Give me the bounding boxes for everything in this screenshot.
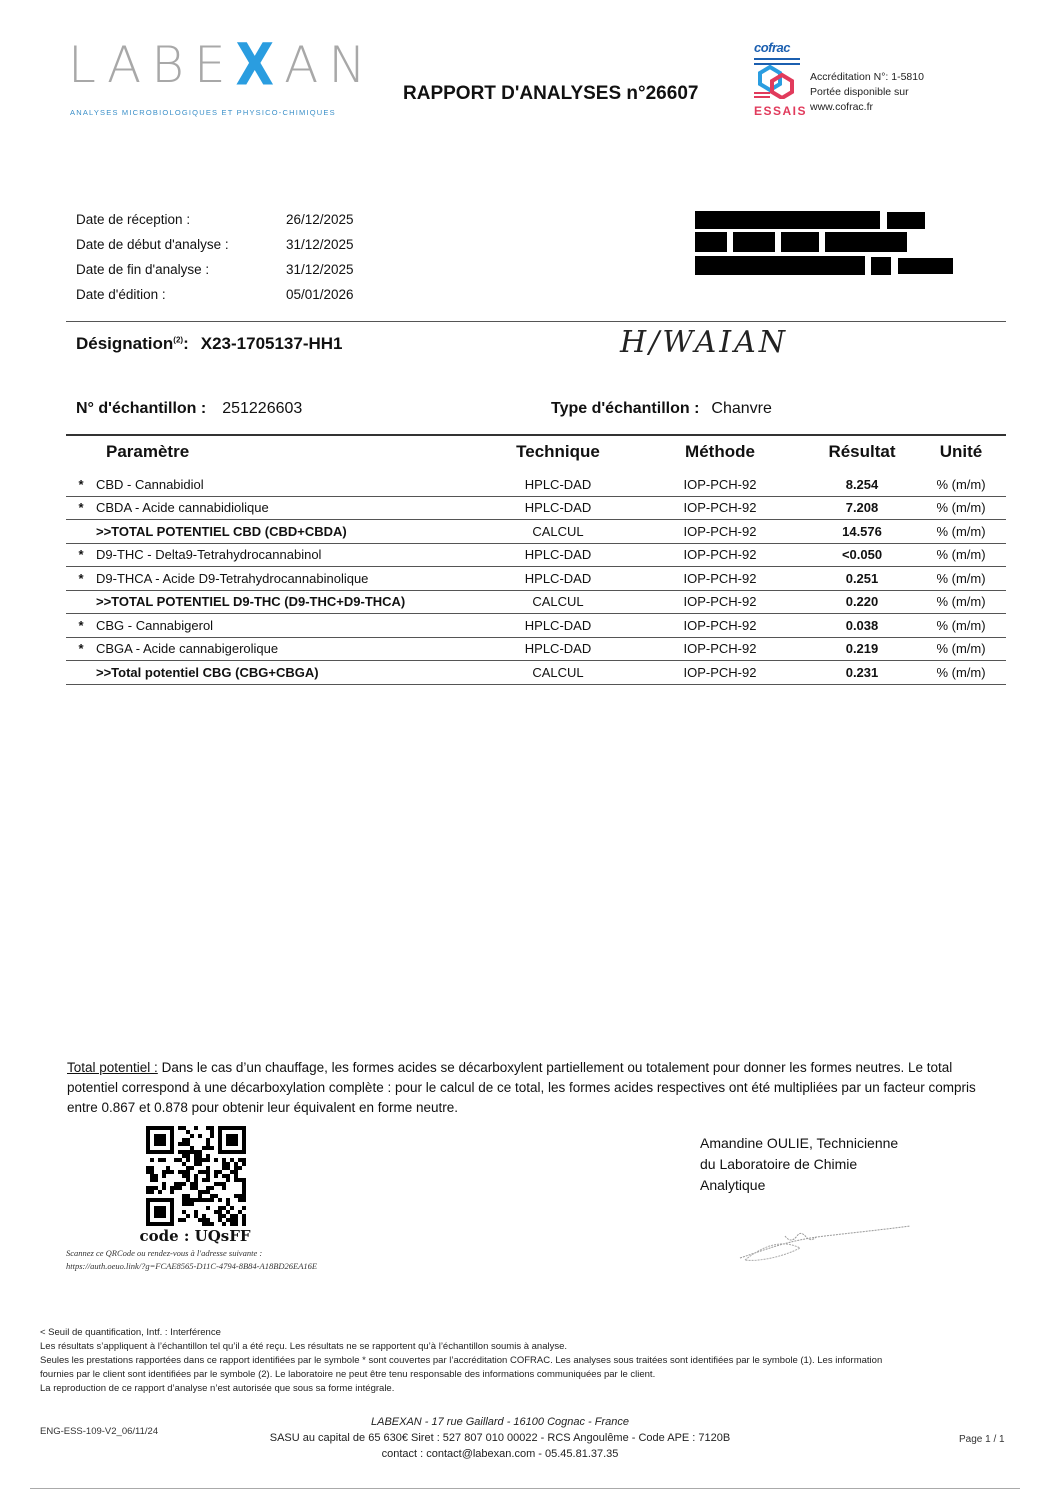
unit-cell: % (m/m) bbox=[916, 614, 1006, 638]
unit-cell: % (m/m) bbox=[916, 520, 1006, 544]
parameter-cell: CBDA - Acide cannabidiolique bbox=[96, 496, 484, 520]
signature-icon bbox=[730, 1218, 920, 1268]
cofrac-hexagon-icon bbox=[754, 55, 800, 99]
redaction-bar bbox=[695, 211, 880, 229]
designation-label: Désignation bbox=[76, 334, 173, 353]
accreditation-star-icon: * bbox=[66, 614, 96, 638]
legal-line: fournies par le client sont identifiées … bbox=[40, 1368, 1050, 1382]
legal-line: La reproduction de ce rapport d’analyse … bbox=[40, 1382, 1050, 1396]
qr-instructions: Scannez ce QRCode ou rendez-vous à l'adr… bbox=[66, 1247, 317, 1273]
unit-cell: % (m/m) bbox=[916, 473, 1006, 496]
cofrac-wordmark: cofrac bbox=[754, 40, 800, 55]
parameter-cell: >>Total potentiel CBG (CBG+CBGA) bbox=[96, 661, 484, 685]
result-cell: 7.208 bbox=[808, 496, 916, 520]
dates-block: Date de réception :26/12/2025 Date de dé… bbox=[76, 212, 406, 312]
company-address: LABEXAN - 17 rue Gaillard - 16100 Cognac… bbox=[200, 1414, 800, 1430]
header-result: Résultat bbox=[808, 436, 916, 473]
redaction-bar bbox=[695, 256, 865, 275]
redaction-bar bbox=[825, 232, 907, 252]
logo-x-mark: X bbox=[236, 32, 285, 99]
handwritten-annotation: H/WAIAN bbox=[620, 325, 788, 360]
legal-line: Seules les prestations rapportées dans c… bbox=[40, 1354, 1050, 1368]
results-table: Paramètre Technique Méthode Résultat Uni… bbox=[66, 436, 1006, 685]
method-cell: IOP-PCH-92 bbox=[632, 496, 808, 520]
table-row: >>Total potentiel CBG (CBG+CBGA)CALCULIO… bbox=[66, 661, 1006, 685]
signer-title-line: Analytique bbox=[700, 1175, 898, 1196]
accreditation-star-icon: * bbox=[66, 496, 96, 520]
parameter-cell: D9-THC - Delta9-Tetrahydrocannabinol bbox=[96, 543, 484, 567]
redaction-bar bbox=[898, 258, 953, 274]
divider bbox=[66, 321, 1006, 322]
unit-cell: % (m/m) bbox=[916, 637, 1006, 661]
page-bottom-line bbox=[30, 1488, 1020, 1489]
legal-line: Les résultats s’appliquent à l’échantill… bbox=[40, 1340, 1050, 1354]
signer-block: Amandine OULIE, Technicienne du Laborato… bbox=[700, 1133, 898, 1196]
logo-text-right: AN bbox=[284, 36, 376, 94]
signer-name: Amandine OULIE, Technicienne bbox=[700, 1133, 898, 1154]
accreditation-info: Accréditation N°: 1-5810 Portée disponib… bbox=[810, 70, 924, 115]
date-value: 31/12/2025 bbox=[286, 237, 406, 262]
total-potential-note: Total potentiel : Dans le cas d’un chauf… bbox=[67, 1058, 1007, 1118]
date-row-reception: Date de réception :26/12/2025 bbox=[76, 212, 406, 237]
accreditation-number: Accréditation N°: 1-5810 bbox=[810, 70, 924, 85]
parameter-cell: D9-THCA - Acide D9-Tetrahydrocannabinoli… bbox=[96, 567, 484, 591]
method-cell: IOP-PCH-92 bbox=[632, 590, 808, 614]
table-row: *CBDA - Acide cannabidioliqueHPLC-DADIOP… bbox=[66, 496, 1006, 520]
method-cell: IOP-PCH-92 bbox=[632, 543, 808, 567]
result-cell: 0.219 bbox=[808, 637, 916, 661]
sample-number-value: 251226603 bbox=[222, 400, 302, 417]
company-legal-info: SASU au capital de 65 630€ Siret : 527 8… bbox=[200, 1430, 800, 1446]
method-cell: IOP-PCH-92 bbox=[632, 614, 808, 638]
designation-value: X23-1705137-HH1 bbox=[201, 334, 343, 353]
legal-notice: < Seuil de quantification, Intf. : Inter… bbox=[40, 1326, 1050, 1396]
logo-text-left: LABE bbox=[68, 36, 236, 94]
result-cell: 14.576 bbox=[808, 520, 916, 544]
qr-instruction-text: Scannez ce QRCode ou rendez-vous à l'adr… bbox=[66, 1247, 317, 1260]
labexan-logo: LABEXAN bbox=[68, 36, 376, 94]
method-cell: IOP-PCH-92 bbox=[632, 520, 808, 544]
sample-type-value: Chanvre bbox=[711, 400, 771, 417]
date-value: 31/12/2025 bbox=[286, 262, 406, 287]
redaction-bar bbox=[695, 232, 727, 252]
technique-cell: HPLC-DAD bbox=[484, 637, 632, 661]
table-row: >>TOTAL POTENTIEL D9-THC (D9-THC+D9-THCA… bbox=[66, 590, 1006, 614]
result-cell: 8.254 bbox=[808, 473, 916, 496]
report-title: RAPPORT D'ANALYSES n°26607 bbox=[403, 83, 698, 105]
method-cell: IOP-PCH-92 bbox=[632, 473, 808, 496]
date-label: Date de fin d'analyse : bbox=[76, 262, 286, 287]
unit-cell: % (m/m) bbox=[916, 567, 1006, 591]
technique-cell: HPLC-DAD bbox=[484, 496, 632, 520]
date-label: Date de réception : bbox=[76, 212, 286, 237]
date-value: 05/01/2026 bbox=[286, 287, 406, 312]
accreditation-star-icon bbox=[66, 590, 96, 614]
accreditation-star-icon: * bbox=[66, 637, 96, 661]
company-footer: LABEXAN - 17 rue Gaillard - 16100 Cognac… bbox=[200, 1414, 800, 1462]
parameter-cell: >>TOTAL POTENTIEL D9-THC (D9-THC+D9-THCA… bbox=[96, 590, 484, 614]
unit-cell: % (m/m) bbox=[916, 496, 1006, 520]
note-title: Total potentiel : bbox=[67, 1060, 158, 1075]
table-row: >>TOTAL POTENTIEL CBD (CBD+CBDA)CALCULIO… bbox=[66, 520, 1006, 544]
result-cell: <0.050 bbox=[808, 543, 916, 567]
parameter-cell: >>TOTAL POTENTIEL CBD (CBD+CBDA) bbox=[96, 520, 484, 544]
page-number: Page 1 / 1 bbox=[959, 1434, 1005, 1445]
technique-cell: HPLC-DAD bbox=[484, 543, 632, 567]
designation-colon: : bbox=[183, 334, 189, 353]
qr-code-label: code : UQsFF bbox=[120, 1227, 270, 1245]
accreditation-star-icon: * bbox=[66, 567, 96, 591]
redaction-bar bbox=[871, 257, 891, 275]
method-cell: IOP-PCH-92 bbox=[632, 637, 808, 661]
cofrac-essais-label: ESSAIS bbox=[754, 104, 800, 118]
technique-cell: CALCUL bbox=[484, 520, 632, 544]
parameter-cell: CBG - Cannabigerol bbox=[96, 614, 484, 638]
unit-cell: % (m/m) bbox=[916, 661, 1006, 685]
table-row: *CBG - CannabigerolHPLC-DADIOP-PCH-920.0… bbox=[66, 614, 1006, 638]
accreditation-star-icon: * bbox=[66, 473, 96, 496]
accreditation-star-icon bbox=[66, 661, 96, 685]
designation-footnote: (2) bbox=[173, 335, 183, 344]
technique-cell: HPLC-DAD bbox=[484, 614, 632, 638]
qr-verification-link[interactable]: https://auth.oeuo.link/?g=FCAE8565-D11C-… bbox=[66, 1260, 317, 1273]
header-technique: Technique bbox=[484, 436, 632, 473]
header-unit: Unité bbox=[916, 436, 1006, 473]
parameter-cell: CBD - Cannabidiol bbox=[96, 473, 484, 496]
table-row: *D9-THCA - Acide D9-Tetrahydrocannabinol… bbox=[66, 567, 1006, 591]
date-row-edition: Date d'édition :05/01/2026 bbox=[76, 287, 406, 312]
redaction-bar bbox=[887, 212, 925, 229]
technique-cell: HPLC-DAD bbox=[484, 567, 632, 591]
accreditation-star-icon bbox=[66, 520, 96, 544]
signer-title-line: du Laboratoire de Chimie bbox=[700, 1154, 898, 1175]
technique-cell: CALCUL bbox=[484, 661, 632, 685]
table-header-row: Paramètre Technique Méthode Résultat Uni… bbox=[66, 436, 1006, 473]
cofrac-link[interactable]: www.cofrac.fr bbox=[810, 100, 924, 115]
note-text: Dans le cas d’un chauffage, les formes a… bbox=[67, 1060, 976, 1115]
date-label: Date d'édition : bbox=[76, 287, 286, 312]
sample-number: N° d'échantillon :251226603 bbox=[76, 400, 302, 418]
document-reference: ENG-ESS-109-V2_06/11/24 bbox=[40, 1426, 158, 1437]
date-label: Date de début d'analyse : bbox=[76, 237, 286, 262]
method-cell: IOP-PCH-92 bbox=[632, 567, 808, 591]
company-contact: contact : contact@labexan.com - 05.45.81… bbox=[200, 1446, 800, 1462]
designation: Désignation(2):X23-1705137-HH1 bbox=[76, 334, 343, 354]
accreditation-star-icon: * bbox=[66, 543, 96, 567]
technique-cell: HPLC-DAD bbox=[484, 473, 632, 496]
cofrac-logo: cofrac ESSAIS bbox=[754, 40, 800, 118]
qr-code-icon[interactable] bbox=[146, 1125, 246, 1227]
result-cell: 0.038 bbox=[808, 614, 916, 638]
sample-type-label: Type d'échantillon : bbox=[551, 400, 699, 417]
unit-cell: % (m/m) bbox=[916, 590, 1006, 614]
date-value: 26/12/2025 bbox=[286, 212, 406, 237]
unit-cell: % (m/m) bbox=[916, 543, 1006, 567]
result-cell: 0.251 bbox=[808, 567, 916, 591]
date-row-end: Date de fin d'analyse :31/12/2025 bbox=[76, 262, 406, 287]
technique-cell: CALCUL bbox=[484, 590, 632, 614]
header-method: Méthode bbox=[632, 436, 808, 473]
header-parameter: Paramètre bbox=[66, 436, 484, 473]
sample-type: Type d'échantillon :Chanvre bbox=[551, 400, 772, 418]
date-row-start: Date de début d'analyse :31/12/2025 bbox=[76, 237, 406, 262]
table-row: *CBD - CannabidiolHPLC-DADIOP-PCH-928.25… bbox=[66, 473, 1006, 496]
table-row: *D9-THC - Delta9-TetrahydrocannabinolHPL… bbox=[66, 543, 1006, 567]
sample-number-label: N° d'échantillon : bbox=[76, 400, 206, 417]
parameter-cell: CBGA - Acide cannabigerolique bbox=[96, 637, 484, 661]
redaction-bar bbox=[733, 232, 775, 252]
result-cell: 0.220 bbox=[808, 590, 916, 614]
accreditation-scope: Portée disponible sur bbox=[810, 85, 924, 100]
results-body: *CBD - CannabidiolHPLC-DADIOP-PCH-928.25… bbox=[66, 473, 1006, 684]
legal-line: < Seuil de quantification, Intf. : Inter… bbox=[40, 1326, 1050, 1340]
method-cell: IOP-PCH-92 bbox=[632, 661, 808, 685]
logo-subtitle: ANALYSES MICROBIOLOGIQUES ET PHYSICO-CHI… bbox=[70, 108, 336, 117]
redaction-bar bbox=[781, 232, 819, 252]
result-cell: 0.231 bbox=[808, 661, 916, 685]
table-row: *CBGA - Acide cannabigeroliqueHPLC-DADIO… bbox=[66, 637, 1006, 661]
